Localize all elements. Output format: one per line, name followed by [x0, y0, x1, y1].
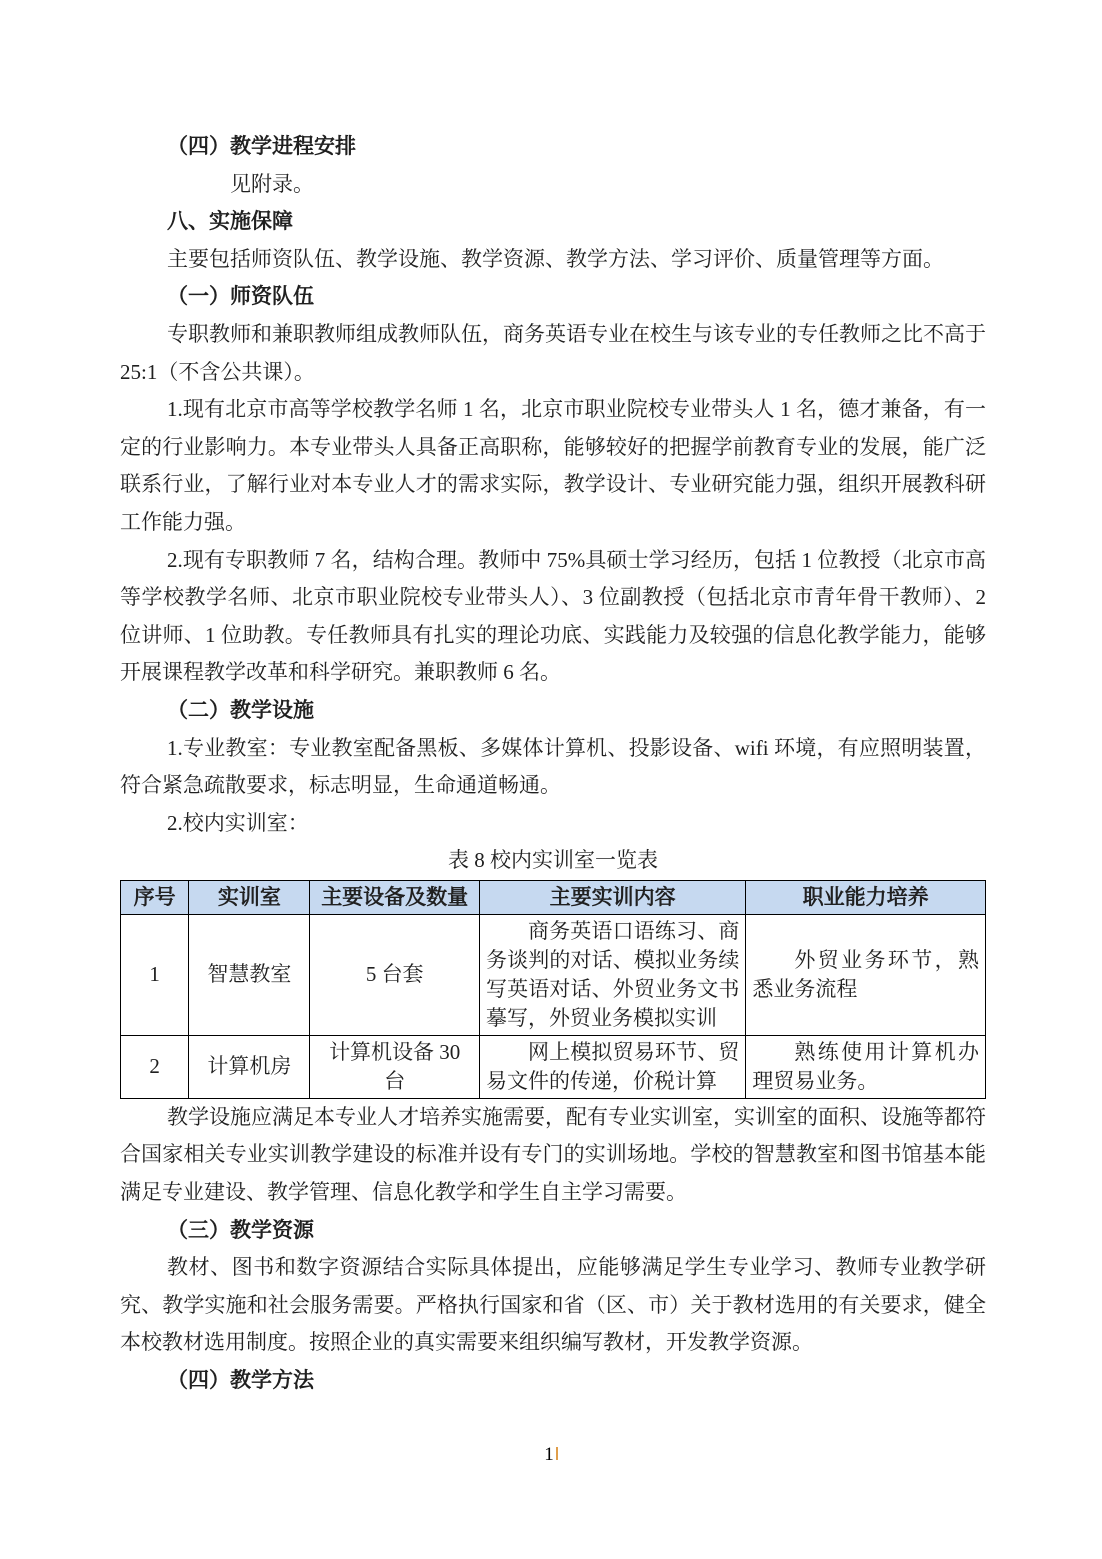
para-faculty-item-2: 2.现有专职教师 7 名，结构合理。教师中 75%具硕士学习经历，包括 1 位教… — [120, 542, 986, 692]
page-footer: 1 — [0, 1444, 1102, 1466]
table-cell-equipment: 计算机设备 30 台 — [310, 1035, 480, 1098]
heading-teaching-resources: （三）教学资源 — [120, 1212, 986, 1250]
para-faculty-intro: 专职教师和兼职教师组成教师队伍，商务英语专业在校生与该专业的专任教师之比不高于 … — [120, 316, 986, 391]
page-number: 1 — [544, 1444, 554, 1465]
table-row: 1 智慧教室 5 台套 商务英语口语练习、商务谈判的对话、模拟业务续写英语对话、… — [121, 914, 986, 1035]
header-cell-seq: 序号 — [121, 880, 189, 914]
table-cell-seq: 2 — [121, 1035, 189, 1098]
table-cell-content: 网上模拟贸易环节、贸易文件的传递，价税计算 — [479, 1035, 745, 1098]
table-caption: 表 8 校内实训室一览表 — [120, 842, 986, 880]
heading-implementation-guarantee: 八、实施保障 — [120, 203, 986, 241]
para-facilities-summary: 教学设施应满足本专业人才培养实施需要，配有专业实训室，实训室的面积、设施等都符合… — [120, 1099, 986, 1212]
para-faculty-item-1: 1.现有北京市高等学校教学名师 1 名，北京市职业院校专业带头人 1 名，德才兼… — [120, 391, 986, 541]
heading-faculty-team: （一）师资队伍 — [120, 278, 986, 316]
header-cell-content: 主要实训内容 — [479, 880, 745, 914]
training-room-table: 序号 实训室 主要设备及数量 主要实训内容 职业能力培养 1 智慧教室 5 台套… — [120, 880, 986, 1099]
table-cell-equipment: 5 台套 — [310, 914, 480, 1035]
document-page: （四）教学进程安排 见附录。 八、实施保障 主要包括师资队伍、教学设施、教学资源… — [0, 0, 1102, 1559]
table-cell-room: 计算机房 — [189, 1035, 310, 1098]
para-overview: 主要包括师资队伍、教学设施、教学资源、教学方法、学习评价、质量管理等方面。 — [120, 241, 986, 279]
table-cell-content: 商务英语口语练习、商务谈判的对话、模拟业务续写英语对话、外贸业务文书摹写，外贸业… — [479, 914, 745, 1035]
table-row: 2 计算机房 计算机设备 30 台 网上模拟贸易环节、贸易文件的传递，价税计算 … — [121, 1035, 986, 1098]
edit-cursor-mark — [556, 1447, 558, 1460]
heading-teaching-methods: （四）教学方法 — [120, 1362, 986, 1400]
para-classroom: 1.专业教室：专业教室配备黑板、多媒体计算机、投影设备、wifi 环境，有应照明… — [120, 730, 986, 805]
table-header-row: 序号 实训室 主要设备及数量 主要实训内容 职业能力培养 — [121, 880, 986, 914]
heading-teaching-schedule: （四）教学进程安排 — [120, 128, 986, 166]
header-cell-skill: 职业能力培养 — [746, 880, 986, 914]
header-cell-room: 实训室 — [189, 880, 310, 914]
table-cell-skill: 外贸业务环节，熟悉业务流程 — [746, 914, 986, 1035]
heading-teaching-facilities: （二）教学设施 — [120, 692, 986, 730]
table-cell-seq: 1 — [121, 914, 189, 1035]
para-training-room-lead: 2.校内实训室： — [120, 805, 986, 843]
para-see-appendix: 见附录。 — [120, 166, 986, 204]
document-body: （四）教学进程安排 见附录。 八、实施保障 主要包括师资队伍、教学设施、教学资源… — [120, 128, 986, 1400]
table-cell-room: 智慧教室 — [189, 914, 310, 1035]
header-cell-equipment: 主要设备及数量 — [310, 880, 480, 914]
table-cell-skill: 熟练使用计算机办理贸易业务。 — [746, 1035, 986, 1098]
para-resources: 教材、图书和数字资源结合实际具体提出，应能够满足学生专业学习、教师专业教学研究、… — [120, 1249, 986, 1362]
